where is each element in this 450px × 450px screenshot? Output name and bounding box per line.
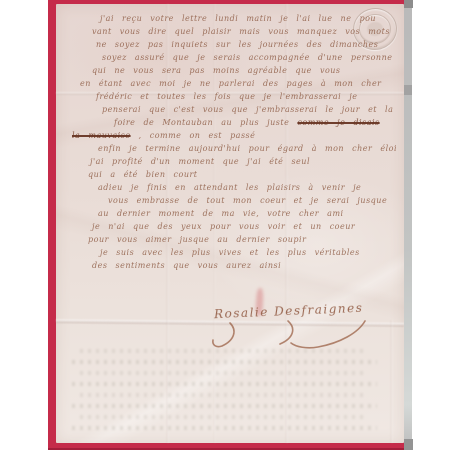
letter-line: des sentiments que vous aurez ainsi: [72, 261, 396, 274]
letter-line: je suis avec les plus vives et les plus …: [72, 248, 396, 261]
handwritten-text: j'ai profité d'un moment que j'ai été se…: [90, 157, 310, 166]
letter-line: j'ai reçu votre lettre lundi matin je l'…: [72, 14, 396, 27]
handwritten-text: ne soyez pas inquiets sur les journées d…: [96, 40, 378, 49]
letter-line: adieu je finis en attendant les plaisirs…: [72, 183, 396, 196]
letter-line: enfin je termine aujourd'hui pour égard …: [72, 144, 396, 157]
letter-line: vant vous dire quel plaisir mais vous ma…: [72, 27, 396, 40]
listing-photo-canvas: j'ai reçu votre lettre lundi matin je l'…: [0, 0, 450, 450]
letter-line: en étant avec moi je ne parlerai des pag…: [72, 79, 396, 92]
handwritten-text: vant vous dire quel plaisir mais vous ma…: [92, 27, 390, 36]
handwritten-text: en étant avec moi je ne parlerai des pag…: [80, 79, 382, 88]
letter-line: frédéric et toutes les fois que je l'emb…: [72, 92, 396, 105]
letter-line: ne soyez pas inquiets sur les journées d…: [72, 40, 396, 53]
handwritten-text: adieu je finis en attendant les plaisirs…: [98, 183, 361, 192]
handwritten-text: j'ai reçu votre lettre lundi matin je l'…: [100, 14, 376, 23]
letter-line: je n'ai que des yeux pour vous voir et u…: [72, 222, 396, 235]
handwritten-text: des sentiments que vous aurez ainsi: [92, 261, 281, 270]
handwritten-text: je n'ai que des yeux pour vous voir et u…: [92, 222, 355, 231]
letter-lines: j'ai reçu votre lettre lundi matin je l'…: [72, 14, 396, 274]
photo-edge-corner-dark: [404, 439, 413, 450]
photo-edge-corner-dark: [404, 0, 413, 8]
show-through-text: [80, 393, 368, 397]
letter-line: qui a été bien court: [72, 170, 396, 183]
handwritten-text: enfin je termine aujourd'hui pour égard …: [98, 144, 396, 153]
handwritten-text: qui ne vous sera pas moins agréable que …: [92, 66, 341, 75]
photo-edge-shadow: [404, 0, 412, 450]
letter-line: vous embrasse de tout mon coeur et je se…: [72, 196, 396, 209]
show-through-text: [72, 360, 377, 364]
show-through-text: [80, 371, 368, 375]
show-through-text: [80, 349, 368, 353]
handwritten-text: penserai que c'est vous que j'embrassera…: [102, 105, 393, 114]
letter-line: soyez assuré que je serais accompagnée d…: [72, 53, 396, 66]
letter-line: la mauvaise , comme on est passé: [72, 131, 396, 144]
letter-line: penserai que c'est vous que j'embrassera…: [72, 105, 396, 118]
handwritten-text: frédéric et toutes les fois que je l'emb…: [96, 92, 357, 101]
handwritten-text: qui a été bien court: [88, 170, 198, 179]
letter-line: au dernier moment de ma vie, votre cher …: [72, 209, 396, 222]
letter-line: pour vous aimer jusque au dernier soupir: [72, 235, 396, 248]
letter-paper: j'ai reçu votre lettre lundi matin je l'…: [56, 4, 404, 443]
signature: Rosalie Desfraignes: [214, 301, 364, 322]
fold-crease-vertical: [390, 320, 393, 443]
handwritten-text: pour vous aimer jusque au dernier soupir: [88, 235, 306, 244]
handwritten-text: , comme on est passé: [131, 131, 256, 140]
show-through-text: [72, 404, 377, 408]
crimson-backdrop: j'ai reçu votre lettre lundi matin je l'…: [48, 0, 404, 450]
handwritten-text: vous embrasse de tout mon coeur et je se…: [108, 196, 387, 205]
handwritten-text: je suis avec les plus vives et les plus …: [100, 248, 360, 257]
handwritten-text: au dernier moment de ma vie, votre cher …: [98, 209, 344, 218]
show-through-text: [80, 415, 368, 419]
letter-line: foire de Montauban au plus juste comme j…: [72, 118, 396, 131]
handwritten-text: foire de Montauban au plus juste: [114, 118, 297, 127]
letter-line: qui ne vous sera pas moins agréable que …: [72, 66, 396, 79]
show-through-text: [72, 382, 377, 386]
crossed-out-text: comme je disais: [297, 118, 379, 127]
show-through-text: [72, 426, 377, 430]
crossed-out-text: la mauvaise: [72, 131, 131, 140]
signature-flourish-icon: [208, 320, 368, 352]
letter-line: j'ai profité d'un moment que j'ai été se…: [72, 157, 396, 170]
handwritten-text: soyez assuré que je serais accompagnée d…: [102, 53, 392, 62]
photo-edge-fold-shadow: [404, 85, 412, 95]
